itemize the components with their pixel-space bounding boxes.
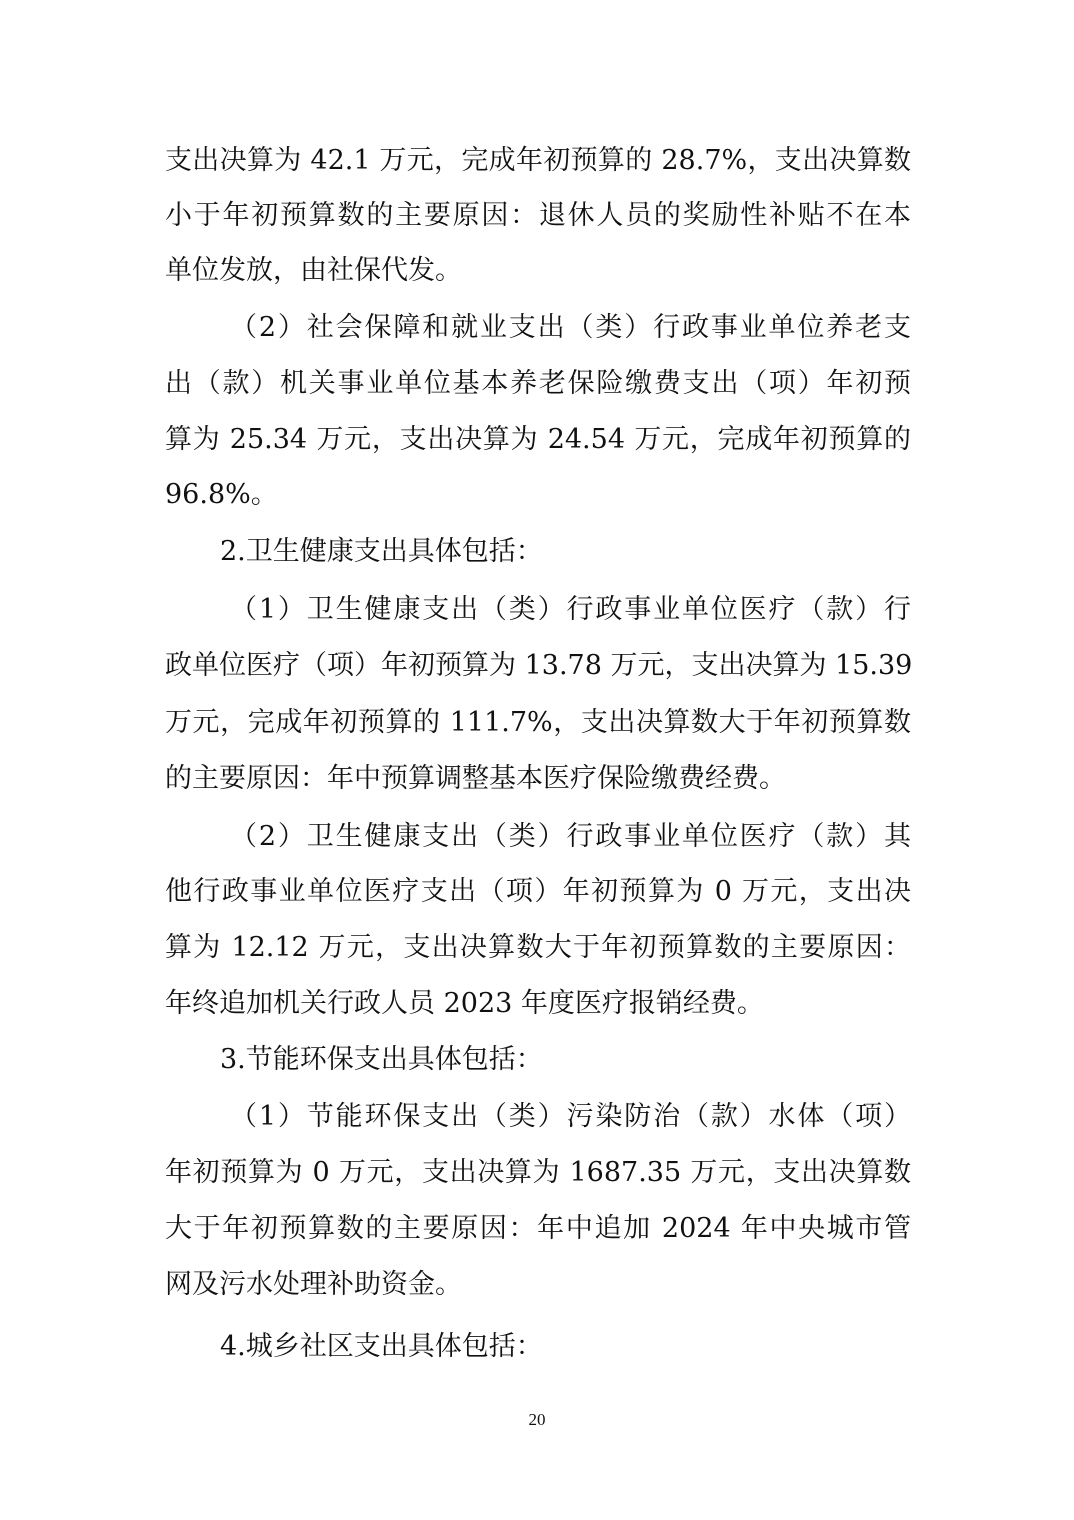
page-number: 20 bbox=[517, 1410, 557, 1430]
paragraph-start-line: （2）社会保障和就业支出（类）行政事业单位养老支 bbox=[230, 308, 911, 348]
text-line: 96.8%。 bbox=[165, 475, 911, 515]
paragraph-start-line: （2）卫生健康支出（类）行政事业单位医疗（款）其 bbox=[230, 817, 911, 857]
text-line: 出（款）机关事业单位基本养老保险缴费支出（项）年初预 bbox=[165, 364, 911, 404]
text-line: 政单位医疗（项）年初预算为 13.78 万元，支出决算为 15.39 bbox=[165, 646, 911, 686]
section-heading: 3.节能环保支出具体包括： bbox=[220, 1040, 911, 1080]
text-line: 年终追加机关行政人员 2023 年度医疗报销经费。 bbox=[165, 984, 911, 1024]
section-heading: 4.城乡社区支出具体包括： bbox=[220, 1327, 911, 1367]
text-line: 算为 12.12 万元，支出决算数大于年初预算数的主要原因： bbox=[165, 928, 911, 968]
paragraph-start-line: （1）节能环保支出（类）污染防治（款）水体（项） bbox=[230, 1097, 911, 1137]
text-line: 的主要原因：年中预算调整基本医疗保险缴费经费。 bbox=[165, 759, 911, 799]
section-heading: 2.卫生健康支出具体包括： bbox=[220, 532, 911, 572]
text-line: 大于年初预算数的主要原因：年中追加 2024 年中央城市管 bbox=[165, 1209, 911, 1249]
text-line: 算为 25.34 万元，支出决算为 24.54 万元，完成年初预算的 bbox=[165, 420, 911, 460]
text-line: 支出决算为 42.1 万元，完成年初预算的 28.7%，支出决算数 bbox=[165, 141, 911, 181]
text-line: 他行政事业单位医疗支出（项）年初预算为 0 万元，支出决 bbox=[165, 872, 911, 912]
paragraph-start-line: （1）卫生健康支出（类）行政事业单位医疗（款）行 bbox=[230, 590, 911, 630]
text-line: 年初预算为 0 万元，支出决算为 1687.35 万元，支出决算数 bbox=[165, 1153, 911, 1193]
text-line: 单位发放，由社保代发。 bbox=[165, 251, 911, 291]
text-line: 小于年初预算数的主要原因：退休人员的奖励性补贴不在本 bbox=[165, 196, 911, 236]
text-line: 网及污水处理补助资金。 bbox=[165, 1265, 911, 1305]
document-page: 支出决算为 42.1 万元，完成年初预算的 28.7%，支出决算数 小于年初预算… bbox=[0, 0, 1074, 1520]
text-line: 万元，完成年初预算的 111.7%，支出决算数大于年初预算数 bbox=[165, 703, 911, 743]
